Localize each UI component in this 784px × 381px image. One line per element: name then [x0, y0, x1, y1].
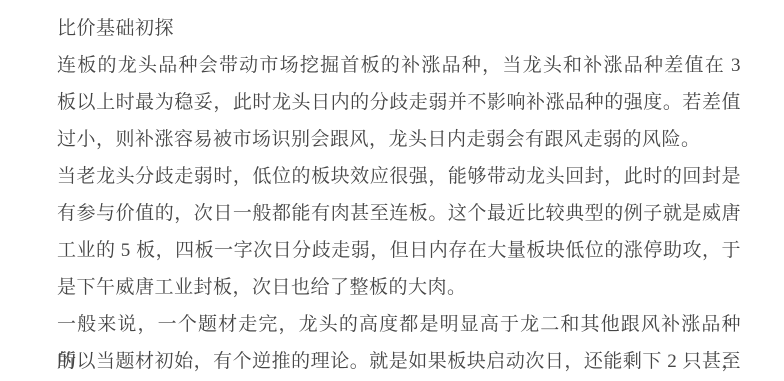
document-body: 比价基础初探 连板的龙头品种会带动市场挖掘首板的补涨品种，当龙头和补涨品种差值在… [57, 10, 741, 380]
text-line: 所以当题材初始，有个逆推的理论。就是如果板块启动次日，还能剩下 2 只甚至 [57, 343, 741, 380]
text-line: 有参与价值的，次日一般都能有肉甚至连板。这个最近比较典型的例子就是威唐 [57, 195, 741, 232]
text-line: 工业的 5 板，四板一字次日分歧走弱，但日内存在大量板块低位的涨停助攻，于 [57, 232, 741, 269]
text-line: 过小，则补涨容易被市场识别会跟风，龙头日内走弱会有跟风走弱的风险。 [57, 121, 741, 158]
text-line: 一般来说，一个题材走完，龙头的高度都是明显高于龙二和其他跟风补涨品种的， [57, 306, 741, 343]
text-line: 板以上时最为稳妥，此时龙头日内的分歧走弱并不影响补涨品种的强度。若差值 [57, 84, 741, 121]
text-line: 当老龙头分歧走弱时，低位的板块效应很强，能够带动龙头回封，此时的回封是 [57, 158, 741, 195]
document-title: 比价基础初探 [57, 10, 741, 47]
text-line: 是下午威唐工业封板，次日也给了整板的大肉。 [57, 269, 741, 306]
text-line: 连板的龙头品种会带动市场挖掘首板的补涨品种，当龙头和补涨品种差值在 3 [57, 47, 741, 84]
